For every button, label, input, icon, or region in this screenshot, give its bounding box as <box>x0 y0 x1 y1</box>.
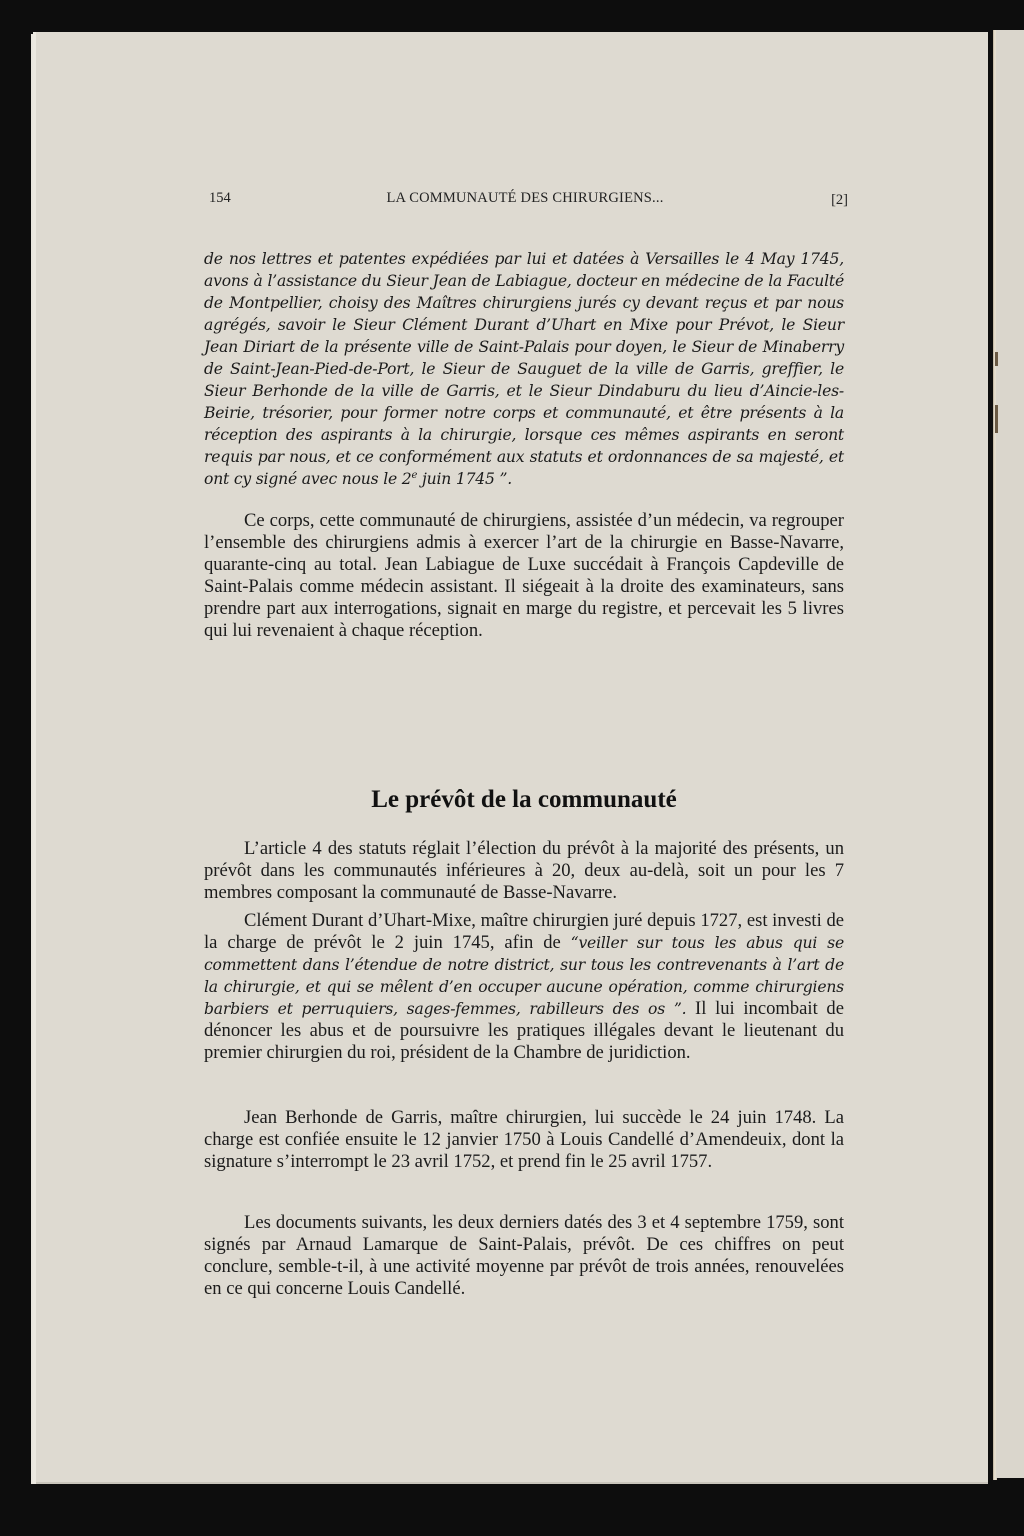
running-title: LA COMMUNAUTÉ DES CHIRURGIENS... <box>204 190 846 207</box>
gutter-stain <box>995 405 998 433</box>
quoted-document-excerpt: de nos lettres et patentes expédiées par… <box>204 248 844 490</box>
running-header: 154 LA COMMUNAUTÉ DES CHIRURGIENS... [2] <box>204 190 846 210</box>
paragraph: Les documents suivants, les deux dernier… <box>204 1212 844 1300</box>
gutter-stain <box>995 352 998 366</box>
quote-text-end: juin 1745 ”. <box>417 470 512 488</box>
paragraph-text: L’article 4 des statuts réglait l’électi… <box>204 838 844 904</box>
quote-text: de nos lettres et patentes expédiées par… <box>204 250 844 488</box>
section-marker: [2] <box>831 192 848 209</box>
paragraph: Ce corps, cette communauté de chirurgien… <box>204 510 844 642</box>
paragraph-text: Ce corps, cette communauté de chirurgien… <box>204 510 844 642</box>
paragraph-text: Les documents suivants, les deux dernier… <box>204 1212 844 1300</box>
paragraph: Jean Berhonde de Garris, maître chirurgi… <box>204 1107 844 1173</box>
facing-page-edge <box>996 30 1024 1478</box>
paragraph: L’article 4 des statuts réglait l’électi… <box>204 838 844 904</box>
paragraph: Clément Durant d’Uhart-Mixe, maître chir… <box>204 910 844 1064</box>
section-heading: Le prévôt de la communauté <box>204 786 844 814</box>
paragraph-text: Jean Berhonde de Garris, maître chirurgi… <box>204 1107 844 1173</box>
